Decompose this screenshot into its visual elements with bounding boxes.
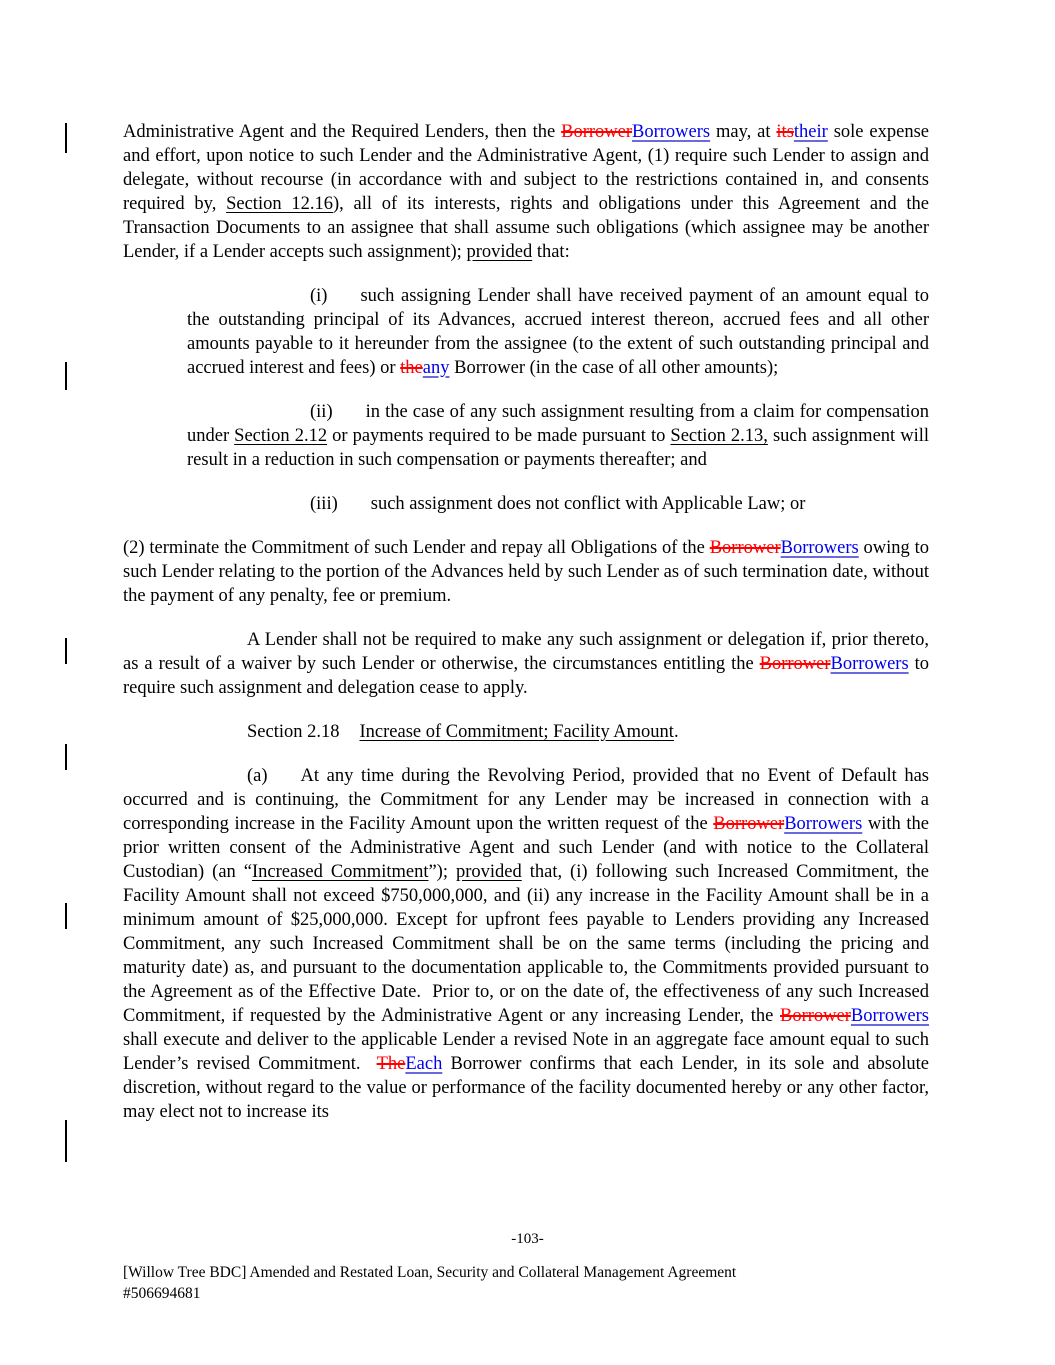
inserted-text: Borrowers <box>781 538 859 558</box>
deleted-text: Borrower <box>780 1006 851 1026</box>
inserted-text: Borrowers <box>784 814 862 834</box>
deleted-text: The <box>377 1054 406 1074</box>
text-run: Borrower (in the case of all other amoun… <box>449 358 778 378</box>
inserted-text: Borrowers <box>851 1006 929 1026</box>
section-number: Section 2.18 <box>247 722 340 742</box>
clause-2-terminate-commitment: (2) terminate the Commitment of such Len… <box>123 536 929 608</box>
paragraph-2-18-a: (a)At any time during the Revolving Peri… <box>123 764 929 1124</box>
deleted-text: Borrower <box>713 814 784 834</box>
underlined-text: provided <box>456 862 522 882</box>
clause-iii: (iii)such assignment does not conflict w… <box>187 492 929 516</box>
text-run: ”); <box>428 862 456 882</box>
inserted-text: Borrowers <box>632 122 710 142</box>
change-bar <box>65 638 67 664</box>
underlined-text: provided <box>466 242 532 262</box>
change-bar <box>65 1120 67 1162</box>
deleted-text: its <box>776 122 793 142</box>
text-run: Administrative Agent and the Required Le… <box>123 122 561 142</box>
document-footer: [Willow Tree BDC] Amended and Restated L… <box>123 1262 929 1304</box>
underlined-text: Section 12.16 <box>226 194 333 214</box>
text-run: (iii) <box>310 494 338 514</box>
text-run: that, (i) following such Increased Commi… <box>123 862 929 1026</box>
deleted-text: Borrower <box>760 654 831 674</box>
footer-doc-number: #506694681 <box>123 1283 929 1304</box>
section-heading-2-18: Section 2.18Increase of Commitment; Faci… <box>247 720 929 744</box>
paragraph-assignment-intro: Administrative Agent and the Required Le… <box>123 120 929 264</box>
underlined-text: Increased Commitment <box>252 862 428 882</box>
text-run: or payments required to be made pursuant… <box>327 426 670 446</box>
section-title: Increase of Commitment; Facility Amount <box>360 722 674 742</box>
clause-ii: (ii)in the case of any such assignment r… <box>187 400 929 472</box>
document-page: { "colors": { "deleted_text": "#ff0000",… <box>0 0 1055 1365</box>
inserted-text: any <box>423 358 450 378</box>
page-number: -103- <box>0 1231 1055 1248</box>
inserted-text: Borrowers <box>831 654 909 674</box>
deleted-text: the <box>400 358 423 378</box>
document-body: Administrative Agent and the Required Le… <box>123 120 929 1144</box>
text-run: (2) terminate the Commitment of such Len… <box>123 538 710 558</box>
inserted-text: Each <box>405 1054 442 1074</box>
deleted-text: Borrower <box>561 122 632 142</box>
clause-i: (i)such assigning Lender shall have rece… <box>187 284 929 380</box>
change-bar <box>65 362 67 390</box>
underlined-text: Section 2.12 <box>234 426 327 446</box>
deleted-text: Borrower <box>710 538 781 558</box>
change-bar <box>65 744 67 770</box>
text-run: that: <box>532 242 570 262</box>
underlined-text: Section 2.13, <box>670 426 768 446</box>
footer-doc-title: [Willow Tree BDC] Amended and Restated L… <box>123 1262 929 1283</box>
change-bar <box>65 903 67 929</box>
text-run: such assignment does not conflict with A… <box>371 494 806 514</box>
text-run: may, at <box>710 122 776 142</box>
paragraph-lender-not-required: A Lender shall not be required to make a… <box>123 628 929 700</box>
text-run: (ii) <box>310 402 333 422</box>
change-bar <box>65 123 67 153</box>
text-run: (i) <box>310 286 327 306</box>
section-title-period: . <box>674 722 679 742</box>
text-run: (a) <box>247 766 268 786</box>
inserted-text: their <box>794 122 828 142</box>
